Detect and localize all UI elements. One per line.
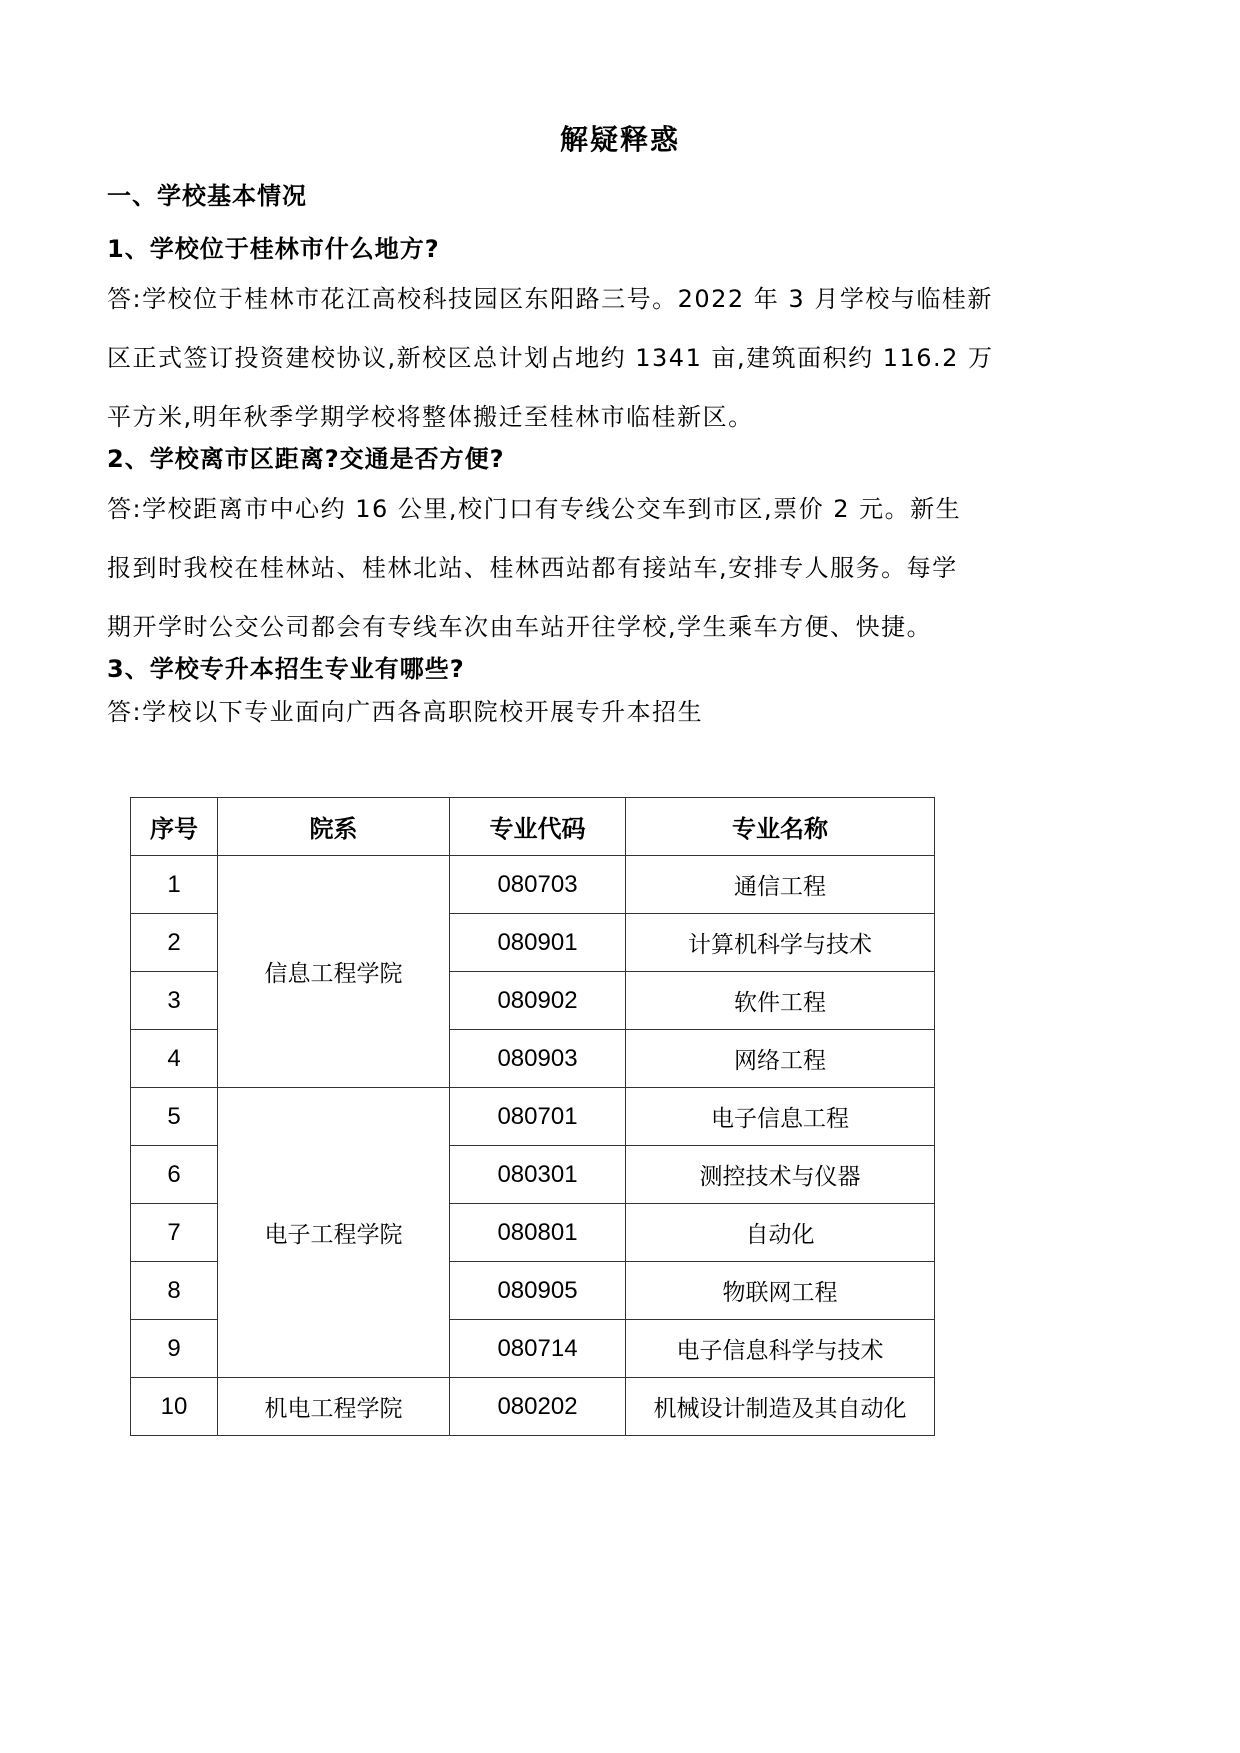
question-1: 1、学校位于桂林市什么地方? [107, 229, 440, 264]
major-name: 通信工程 [626, 856, 935, 914]
major-name: 电子信息科学与技术 [626, 1320, 935, 1378]
row-no: 3 [131, 972, 218, 1030]
row-no: 4 [131, 1030, 218, 1088]
major-name: 电子信息工程 [626, 1088, 935, 1146]
major-code: 080301 [450, 1146, 626, 1204]
answer-3: 答:学校以下专业面向广西各高职院校开展专升本招生 [107, 683, 1137, 742]
table-row: 5 电子工程学院 080701 电子信息工程 [131, 1088, 935, 1146]
major-name: 网络工程 [626, 1030, 935, 1088]
answer-line: 报到时我校在桂林站、桂林北站、桂林西站都有接站车,安排专人服务。每学 [107, 539, 1137, 598]
question-2: 2、学校离市区距离?交通是否方便? [107, 439, 505, 474]
row-no: 8 [131, 1262, 218, 1320]
department-cell: 机电工程学院 [218, 1378, 450, 1436]
major-name: 机械设计制造及其自动化 [626, 1378, 935, 1436]
row-no: 2 [131, 914, 218, 972]
major-name: 软件工程 [626, 972, 935, 1030]
header-code: 专业代码 [450, 798, 626, 856]
table-row: 1 信息工程学院 080703 通信工程 [131, 856, 935, 914]
table-row: 10 机电工程学院 080202 机械设计制造及其自动化 [131, 1378, 935, 1436]
major-name: 自动化 [626, 1204, 935, 1262]
major-code: 080714 [450, 1320, 626, 1378]
answer-line: 答:学校距离市中心约 16 公里,校门口有专线公交车到市区,票价 2 元。新生 [107, 480, 1137, 539]
row-no: 10 [131, 1378, 218, 1436]
header-name: 专业名称 [626, 798, 935, 856]
answer-1: 答:学校位于桂林市花江高校科技园区东阳路三号。2022 年 3 月学校与临桂新 … [107, 270, 1137, 447]
department-cell: 信息工程学院 [218, 856, 450, 1088]
major-code: 080701 [450, 1088, 626, 1146]
majors-table: 序号 院系 专业代码 专业名称 1 信息工程学院 080703 通信工程 2 0… [130, 797, 935, 1436]
major-name: 计算机科学与技术 [626, 914, 935, 972]
header-no: 序号 [131, 798, 218, 856]
answer-line: 答:学校以下专业面向广西各高职院校开展专升本招生 [107, 683, 1137, 742]
major-code: 080202 [450, 1378, 626, 1436]
answer-line: 答:学校位于桂林市花江高校科技园区东阳路三号。2022 年 3 月学校与临桂新 [107, 270, 1137, 329]
page-title: 解疑释惑 [0, 118, 1240, 158]
row-no: 6 [131, 1146, 218, 1204]
major-code: 080902 [450, 972, 626, 1030]
row-no: 7 [131, 1204, 218, 1262]
header-department: 院系 [218, 798, 450, 856]
major-name: 测控技术与仪器 [626, 1146, 935, 1204]
major-code: 080905 [450, 1262, 626, 1320]
major-code: 080903 [450, 1030, 626, 1088]
major-code: 080703 [450, 856, 626, 914]
major-code: 080901 [450, 914, 626, 972]
row-no: 5 [131, 1088, 218, 1146]
row-no: 1 [131, 856, 218, 914]
major-code: 080801 [450, 1204, 626, 1262]
department-cell: 电子工程学院 [218, 1088, 450, 1378]
major-name: 物联网工程 [626, 1262, 935, 1320]
answer-2: 答:学校距离市中心约 16 公里,校门口有专线公交车到市区,票价 2 元。新生 … [107, 480, 1137, 657]
answer-line: 区正式签订投资建校协议,新校区总计划占地约 1341 亩,建筑面积约 116.2… [107, 329, 1137, 388]
question-3: 3、学校专升本招生专业有哪些? [107, 649, 465, 684]
row-no: 9 [131, 1320, 218, 1378]
table-header-row: 序号 院系 专业代码 专业名称 [131, 798, 935, 856]
section-heading: 一、学校基本情况 [107, 176, 307, 211]
